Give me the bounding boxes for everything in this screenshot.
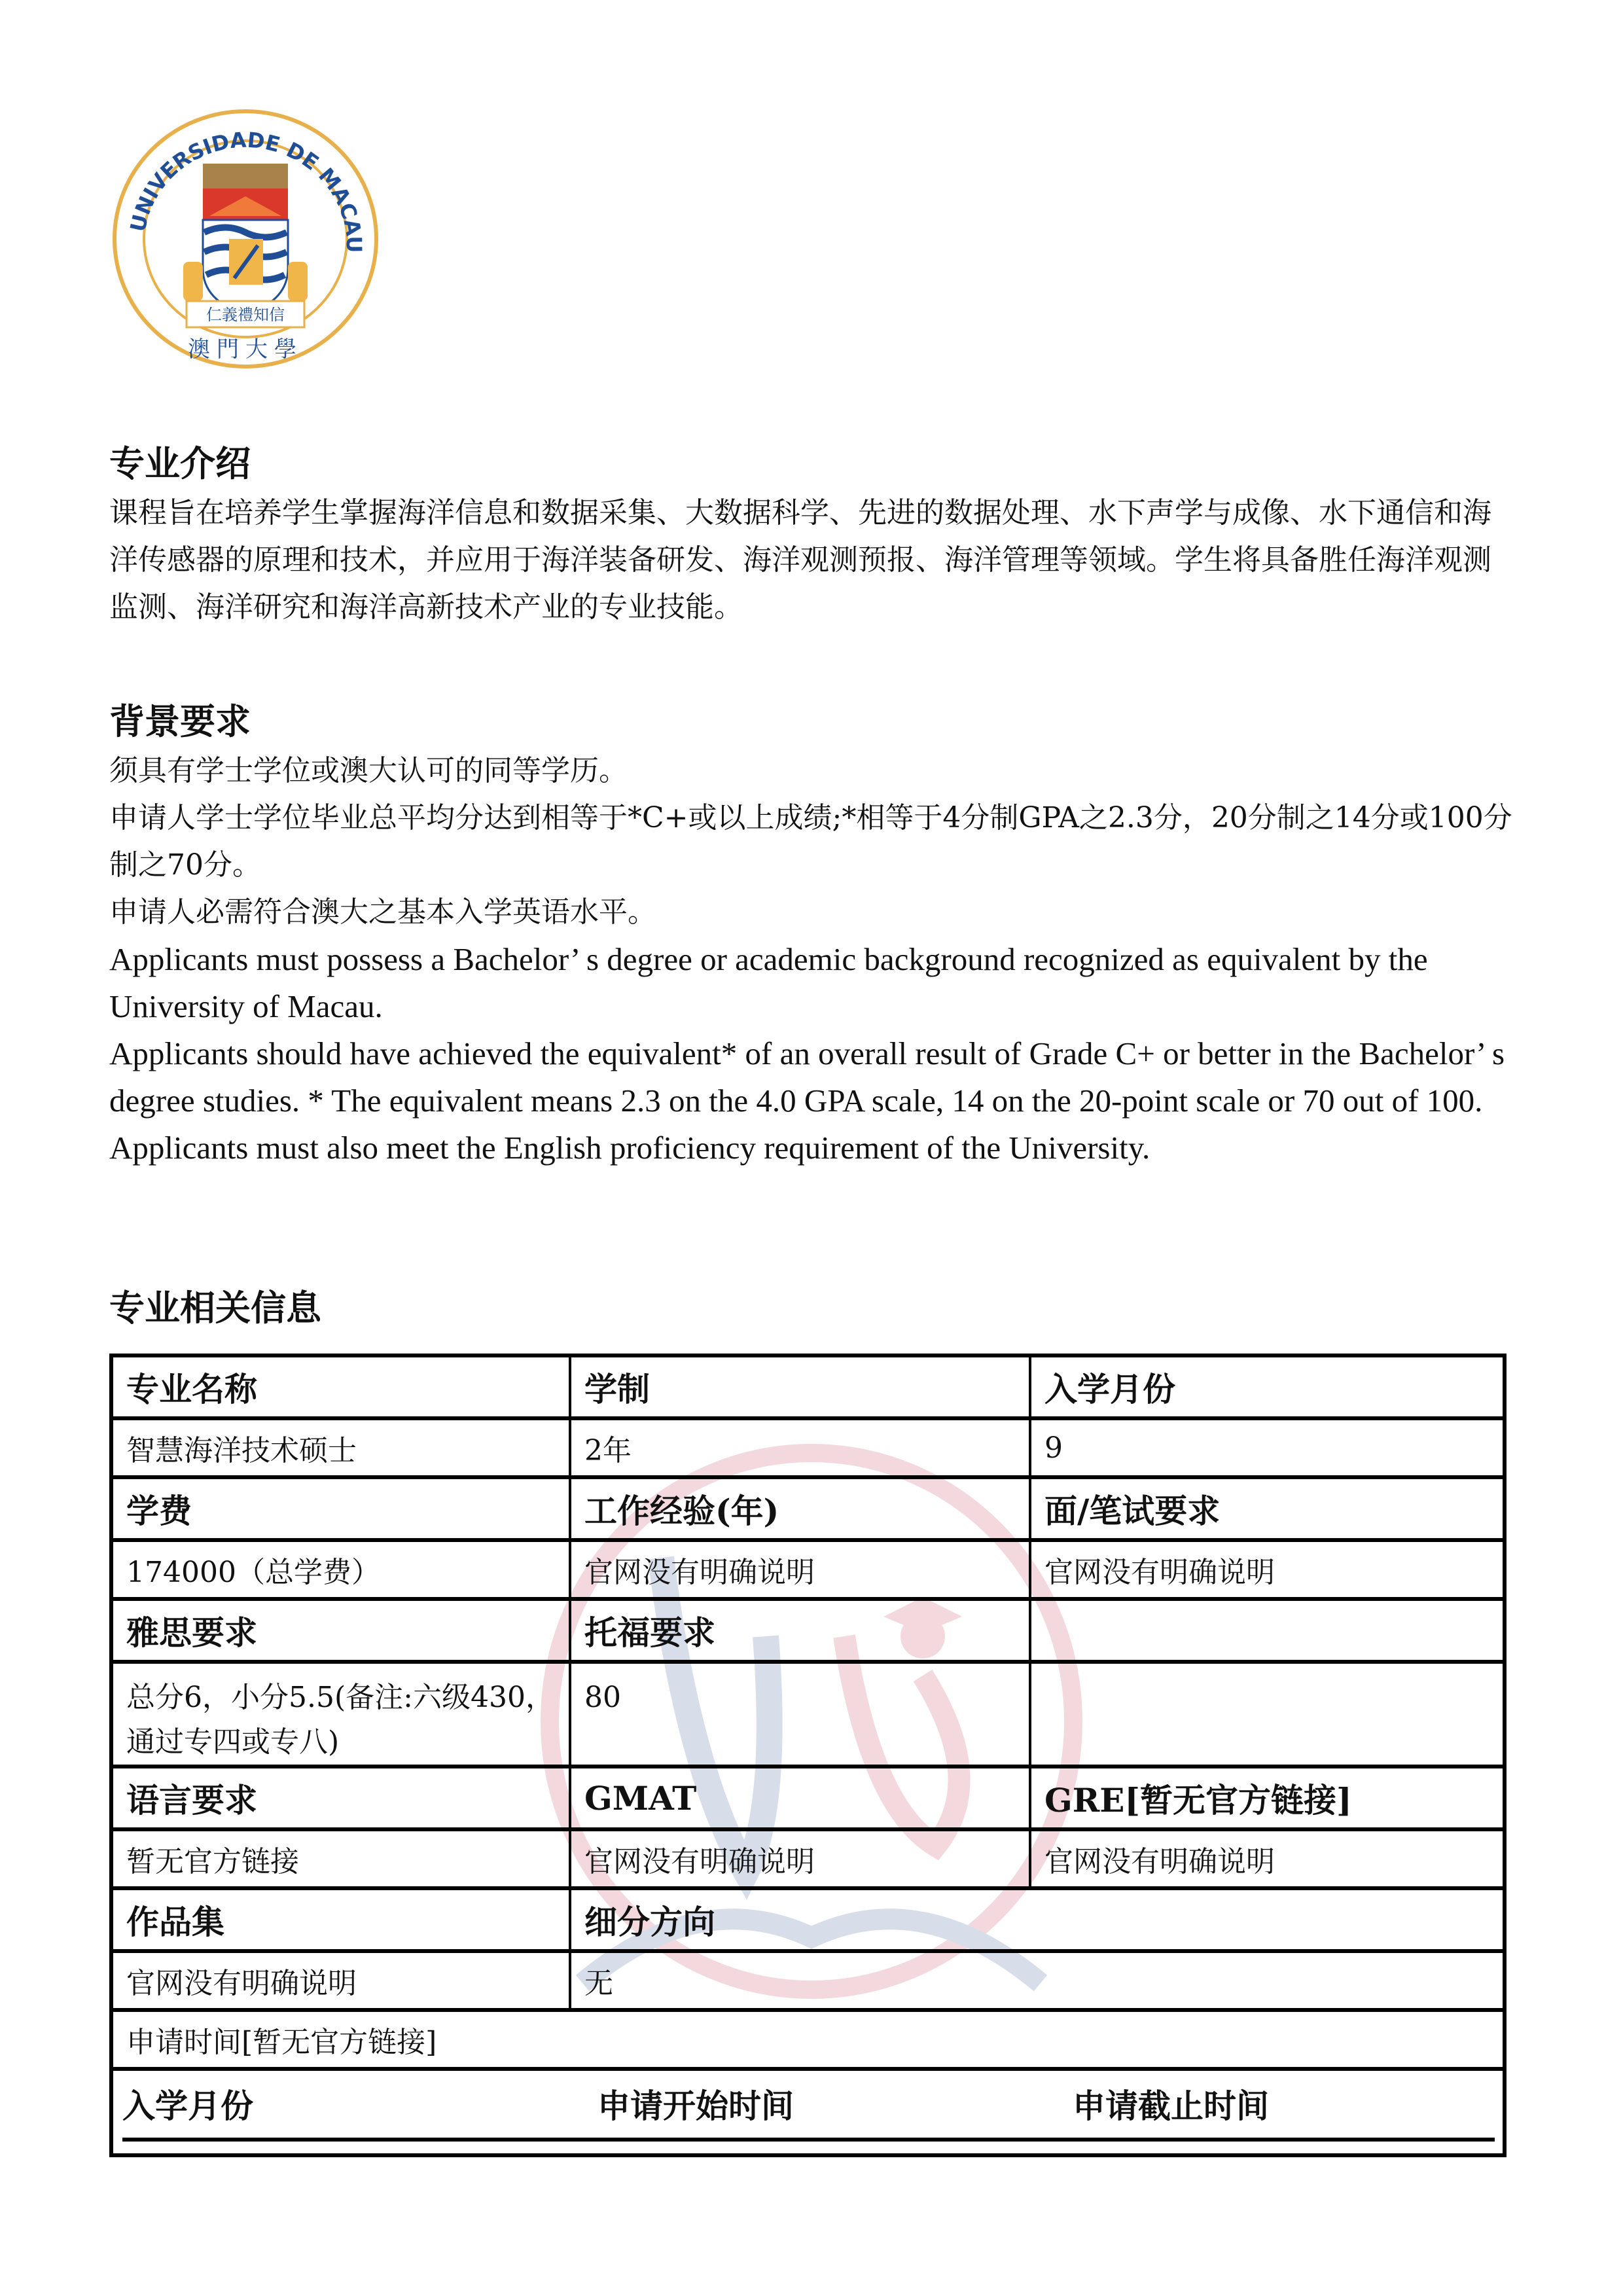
requirement-line: 须具有学士学位或澳大认可的同等学历。: [109, 747, 1516, 795]
table-cell: 9: [1031, 1420, 1503, 1475]
application-time-label: 申请时间[暂无官方链接]: [113, 2012, 1503, 2067]
table-cell: 官网没有明确说明: [571, 1831, 1031, 1886]
application-time-header-row: 入学月份 申请开始时间 申请截止时间: [113, 2071, 1503, 2153]
section-title-info: 专业相关信息: [109, 1282, 1516, 1334]
table-header-cell: 入学月份: [1031, 1357, 1503, 1416]
table-row: 雅思要求 托福要求: [113, 1601, 1503, 1664]
table-row: 语言要求 GMAT GRE[暂无官方链接]: [113, 1768, 1503, 1831]
table-cell: 2年: [571, 1420, 1031, 1475]
col-application-deadline: 申请截止时间: [1073, 2080, 1269, 2127]
crest-icon: UNIVERSIDADE DE MACAU 仁義禮知信 澳門大學: [105, 105, 386, 373]
program-info-heading: 专业相关信息: [109, 1282, 1516, 1334]
divider: [122, 2138, 1495, 2142]
table-row: 174000（总学费） 官网没有明确说明 官网没有明确说明: [113, 1542, 1503, 1601]
table-cell: 官网没有明确说明: [1031, 1542, 1503, 1597]
table-cell: [1031, 1664, 1503, 1768]
table-cell: 无: [571, 1953, 1503, 2008]
table-header-cell: 作品集: [113, 1890, 571, 1949]
section-title-intro: 专业介绍: [109, 437, 1516, 490]
table-row: 暂无官方链接 官网没有明确说明 官网没有明确说明: [113, 1831, 1503, 1890]
svg-text:仁義禮知信: 仁義禮知信: [206, 306, 285, 324]
table-header-cell: GRE[暂无官方链接]: [1031, 1768, 1503, 1827]
table-header-cell: 细分方向: [571, 1890, 1503, 1949]
col-enrollment-month: 入学月份: [122, 2080, 253, 2127]
section-title-background: 背景要求: [109, 695, 1516, 747]
table-header-cell: [1031, 1601, 1503, 1660]
table-cell: 总分6，小分5.5(备注:六级430，通过专四或专八): [113, 1664, 571, 1768]
background-requirements-section: 背景要求 须具有学士学位或澳大认可的同等学历。 申请人学士学位毕业总平均分达到相…: [109, 695, 1516, 1172]
table-row: 官网没有明确说明 无: [113, 1953, 1503, 2012]
program-info-table: 专业名称 学制 入学月份 智慧海洋技术硕士 2年 9 学费 工作经验(年) 面/…: [109, 1354, 1507, 2157]
program-intro-section: 专业介绍 课程旨在培养学生掌握海洋信息和数据采集、大数据科学、先进的数据处理、水…: [109, 437, 1516, 631]
requirement-line: 申请人学士学位毕业总平均分达到相等于*C+或以上成绩;*相等于4分制GPA之2.…: [109, 795, 1516, 889]
requirement-line-en: Applicants must also meet the English pr…: [109, 1124, 1516, 1172]
table-row: 作品集 细分方向: [113, 1890, 1503, 1953]
col-application-start: 申请开始时间: [597, 2080, 794, 2127]
table-row: 学费 工作经验(年) 面/笔试要求: [113, 1479, 1503, 1542]
table-row: 申请时间[暂无官方链接]: [113, 2012, 1503, 2071]
table-header-cell: 学制: [571, 1357, 1031, 1416]
university-of-macau-logo: UNIVERSIDADE DE MACAU 仁義禮知信 澳門大學: [105, 105, 386, 373]
table-header-cell: GMAT: [571, 1768, 1031, 1827]
table-cell: 174000（总学费）: [113, 1542, 571, 1597]
table-cell: 官网没有明确说明: [113, 1953, 571, 2008]
table-row: 总分6，小分5.5(备注:六级430，通过专四或专八) 80: [113, 1664, 1503, 1768]
svg-text:澳門大學: 澳門大學: [188, 336, 303, 363]
table-header-cell: 面/笔试要求: [1031, 1479, 1503, 1538]
table-row: 智慧海洋技术硕士 2年 9: [113, 1420, 1503, 1479]
requirement-line: 申请人必需符合澳大之基本入学英语水平。: [109, 889, 1516, 936]
requirement-line-en: Applicants must possess a Bachelor’ s de…: [109, 936, 1516, 1030]
table-cell: 暂无官方链接: [113, 1831, 571, 1886]
table-header-cell: 专业名称: [113, 1357, 571, 1416]
requirement-line-en: Applicants should have achieved the equi…: [109, 1030, 1516, 1124]
table-header-cell: 语言要求: [113, 1768, 571, 1827]
table-cell: 官网没有明确说明: [1031, 1831, 1503, 1886]
table-cell: 智慧海洋技术硕士: [113, 1420, 571, 1475]
table-cell: 官网没有明确说明: [571, 1542, 1031, 1597]
table-header-cell: 工作经验(年): [571, 1479, 1031, 1538]
intro-body: 课程旨在培养学生掌握海洋信息和数据采集、大数据科学、先进的数据处理、水下声学与成…: [109, 490, 1516, 631]
table-cell: 80: [571, 1664, 1031, 1768]
table-header-cell: 托福要求: [571, 1601, 1031, 1660]
table-row: 专业名称 学制 入学月份: [113, 1357, 1503, 1420]
table-header-cell: 学费: [113, 1479, 571, 1538]
table-header-cell: 雅思要求: [113, 1601, 571, 1660]
